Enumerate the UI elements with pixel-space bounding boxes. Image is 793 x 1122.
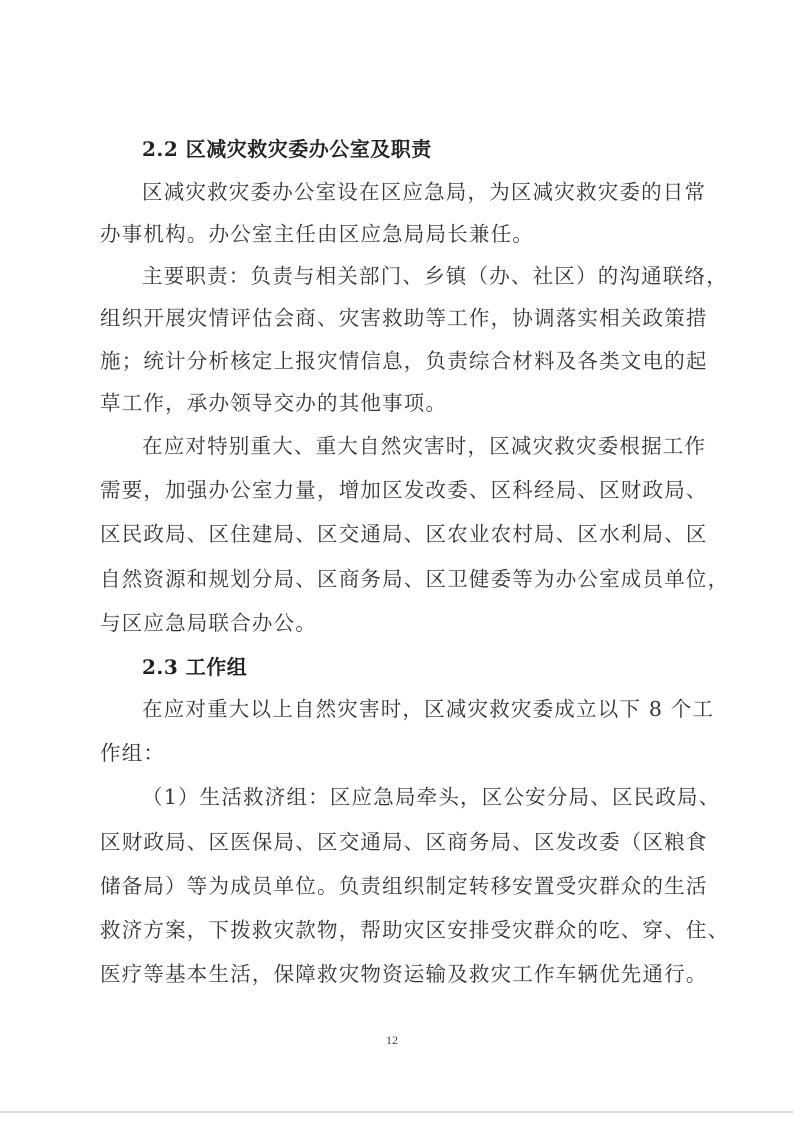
section-heading-2-2: 2.2 区减灾救灾委办公室及职责 (142, 137, 432, 161)
paragraph-line: 组织开展灾情评估会商、灾害救助等工作，协调落实相关政策措 (100, 306, 708, 330)
paragraph-line: 草工作，承办领导交办的其他事项。 (100, 391, 447, 415)
paragraph-line: 在应对重大以上自然灾害时，区减灾救灾委成立以下 8 个工 (142, 697, 714, 721)
paragraph-line: 在应对特别重大、重大自然灾害时，区减灾救灾委根据工作 (142, 434, 706, 458)
paragraph-line: 主要职责：负责与相关部门、乡镇（办、社区）的沟通联络， (142, 264, 728, 288)
paragraph-line: 需要，加强办公室力量，增加区发改委、区科经局、区财政局、 (100, 478, 708, 502)
paragraph-line: 救济方案，下拨救灾款物，帮助灾区安排受灾群众的吃、穿、住、 (100, 918, 729, 942)
paragraph-line: 区财政局、区医保局、区交通局、区商务局、区发改委（区粮食 (100, 830, 708, 854)
paragraph-line: 施；统计分析核定上报灾情信息，负责综合材料及各类文电的起 (100, 349, 708, 373)
document-page: 2.2 区减灾救灾委办公室及职责 区减灾救灾委办公室设在区应急局，为区减灾救灾委… (0, 0, 793, 1122)
paragraph-line: （1）生活救济组：区应急局牵头，区公安分局、区民政局、 (142, 785, 720, 809)
section-heading-2-3: 2.3 工作组 (142, 655, 247, 679)
paragraph-line: 区减灾救灾委办公室设在区应急局，为区减灾救灾委的日常 (142, 180, 706, 204)
scan-edge-divider (0, 1111, 793, 1113)
paragraph-line: 办事机构。办公室主任由区应急局局长兼任。 (100, 222, 534, 246)
paragraph-line: 自然资源和规划分局、区商务局、区卫健委等为办公室成员单位， (100, 567, 729, 591)
paragraph-line: 医疗等基本生活，保障救灾物资运输及救灾工作车辆优先通行。 (100, 962, 708, 986)
paragraph-line: 与区应急局联合办公。 (100, 611, 317, 635)
page-number: 12 (386, 1033, 398, 1048)
paragraph-line: 区民政局、区住建局、区交通局、区农业农村局、区水利局、区 (100, 522, 708, 546)
paragraph-line: 储备局）等为成员单位。负责组织制定转移安置受灾群众的生活 (100, 874, 708, 898)
paragraph-line: 作组： (100, 741, 165, 765)
